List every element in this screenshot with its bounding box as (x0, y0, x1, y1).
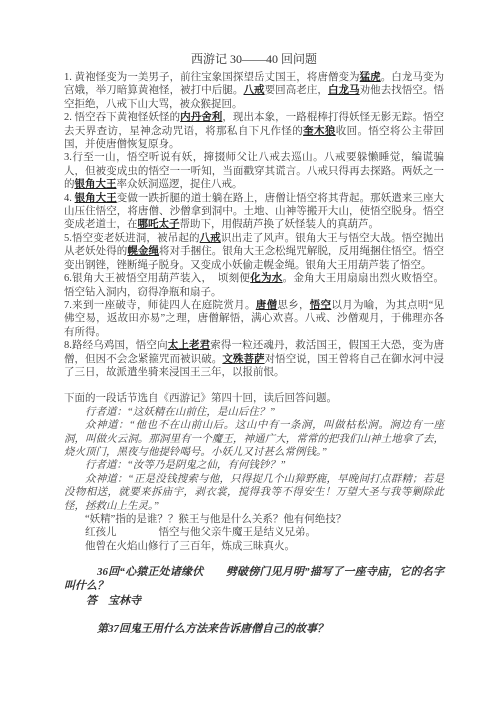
summary-item-2: 2. 悟空吞下黄袍怪妖怪的内丹舍利，现出本象，一路棍棒打得妖怪无影无踪。悟空去天… (64, 111, 444, 151)
highlighted-term: 银角大王 (75, 193, 117, 204)
highlighted-term: 悟空 (310, 300, 332, 311)
dialogue-line-3: 行者道：“汝等乃是阴鬼之仙，有何钱钞？” (64, 459, 444, 472)
summary-item-8: 8.路经乌鸡国，悟空向太上老君索得一粒还魂丹，救活国王，假国王大恐，变为唐僧，但… (64, 339, 444, 379)
highlighted-term: 唐僧 (256, 300, 278, 311)
answer-36: 答 宝林寺 (64, 594, 444, 608)
highlighted-term: 银角大王 (75, 179, 117, 190)
text-run: 要回高老庄， (265, 85, 328, 96)
text-run: 2. 悟空吞下黄袍怪妖怪的 (64, 112, 180, 123)
document-title: 西游记 30——40 回问题 (64, 52, 444, 67)
summary-item-5: 5.悟空变老妖进洞，被吊起的八戒识出走了风声。银角大王与悟空大战。悟空抛出从老妖… (64, 232, 444, 272)
excerpt-answer-1: 红孩儿 悟空与他父亲牛魔王是结义兄弟。 (64, 526, 444, 539)
highlighted-term: 化为水 (250, 273, 282, 284)
highlighted-term: 八戒 (200, 233, 221, 244)
dialogue-line-1: 行者道：“这妖精在山前住，是山后住？” (64, 406, 444, 419)
text-run: 7.来到一座破寺，师徒四人在庭院赏月。 (64, 300, 256, 311)
question-37: 第37回鬼王用什么方法来告诉唐僧自己的故事？ (64, 622, 444, 636)
summary-item-3: 3.行至一山，悟空听说有妖，撺掇师父让八戒去巡山。八戒要躲懒睡觉，编谎骗人，但被… (64, 151, 444, 191)
text-run: 8.路经乌鸡国，悟空向 (64, 340, 168, 351)
summary-item-4: 4. 银角大王变做一跌折腿的道士躺在路上，唐僧让悟空将其背起。那妖遣来三座大山压… (64, 192, 444, 232)
text-run: 1. 黄袍怪变为一美男子，前往宝象国探望岳丈国王，将唐僧变为 (64, 72, 360, 83)
spacer (64, 379, 444, 392)
excerpt-intro: 下面的一段话节选自《西游记》第四十回，读后回答问题。 (64, 392, 444, 405)
text-run: 4. (64, 193, 75, 204)
highlighted-term: 猛虎 (360, 72, 381, 83)
highlighted-term: 奎木狼 (303, 126, 336, 137)
highlighted-term: 内丹舍利 (180, 112, 222, 123)
excerpt-answer-2: 他曾在火焰山修行了三百年，炼成三昧真火。 (64, 540, 444, 553)
summary-item-1: 1. 黄袍怪变为一美男子，前往宝象国探望岳丈国王，将唐僧变为猛虎。白龙马变为宫娥… (64, 71, 444, 111)
highlighted-term: 幌金绳 (127, 246, 159, 257)
dialogue-line-4: 众神道：“正是没钱搜索与他，只得捉几个山獐野鹿，早晚间打点群精；若是没物相送，就… (64, 473, 444, 513)
summary-item-6: 6.银角大王被悟空用葫芦装入， 顷刻便化为水。金角大王用扇扇出烈火败悟空。悟空钻… (64, 272, 444, 299)
spacer (64, 553, 444, 565)
highlighted-term: 太上老君 (168, 340, 211, 351)
summary-item-7: 7.来到一座破寺，师徒四人在庭院赏月。唐僧思乡，悟空以月为喻，为其点明“见佛空易… (64, 299, 444, 339)
text-run: 率众妖洞巡逻，捉住八戒。 (117, 179, 243, 190)
text-run: 帮助下，用假葫芦换了妖怪装人的真葫芦。 (180, 219, 380, 230)
excerpt-question: “妖精”指的是谁？？猴王与他是什么关系？他有何绝技？ (64, 513, 444, 526)
text-run: 6.银角大王被悟空用葫芦装入， 顷刻便 (64, 273, 250, 284)
text-run: 5.悟空变老妖进洞，被吊起的 (64, 233, 200, 244)
highlighted-term: 八戒 (243, 85, 264, 96)
highlighted-term: 白龙马 (328, 85, 360, 96)
highlighted-term: 哪吒太子 (138, 219, 180, 230)
dialogue-line-2: 众神道：“他也不在山前山后。这山中有一条涧，叫做枯松涧。涧边有一座洞，叫做火云洞… (64, 419, 444, 459)
document-page: 西游记 30——40 回问题 1. 黄袍怪变为一美男子，前往宝象国探望岳丈国王，… (0, 0, 500, 708)
question-36: 36回“心猿正处诸缘伏 劈破傍门见月明”描写了一座寺庙，它的名字叫什么？ (64, 565, 444, 593)
highlighted-term: 文殊菩萨 (222, 354, 264, 365)
spacer (64, 608, 444, 622)
text-run: 思乡， (277, 300, 309, 311)
